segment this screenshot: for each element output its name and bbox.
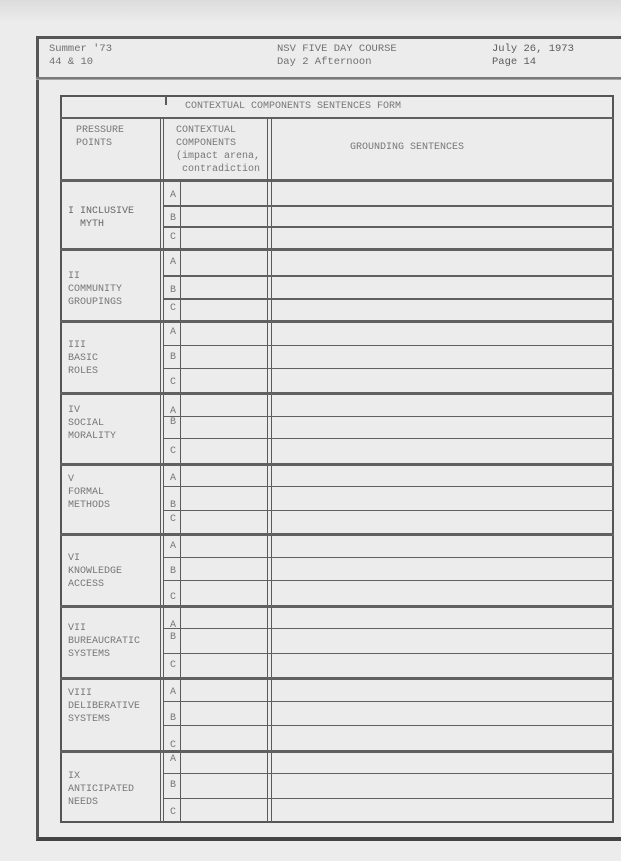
section-3-row-b-divider xyxy=(164,368,614,369)
section-9-sub-c: C xyxy=(166,807,180,818)
section-5-row-b-divider xyxy=(164,510,614,511)
section-6-row-b-divider xyxy=(164,580,614,581)
section-1-sub-b: B xyxy=(166,213,180,224)
section-3-sub-c: C xyxy=(166,377,180,388)
section-5-row-a-divider xyxy=(164,486,614,487)
header-divider xyxy=(36,77,621,80)
section-6-row-a-divider xyxy=(164,557,614,558)
section-1-divider xyxy=(60,248,614,251)
section-1-sub-c: C xyxy=(166,232,180,243)
pressure-column-divider-b xyxy=(163,117,164,823)
section-3-sub-b: B xyxy=(166,352,180,363)
section-1-row-b-divider xyxy=(164,226,614,228)
section-9-sub-a: A xyxy=(166,754,180,765)
section-9-sub-b: B xyxy=(166,780,180,791)
section-1-a-grounding-cell[interactable] xyxy=(272,182,612,205)
header-session-code: 44 & 10 xyxy=(49,56,93,69)
section-9-row-b-divider xyxy=(164,798,614,799)
pressure-point-3-label: III BASIC ROLES xyxy=(68,339,98,378)
section-4-row-a-divider xyxy=(164,416,614,417)
section-3-divider xyxy=(60,392,614,395)
header-course-title: NSV FIVE DAY COURSE xyxy=(277,43,397,56)
section-6-divider xyxy=(60,605,614,608)
section-4-divider xyxy=(60,463,614,466)
pressure-point-9-label: IX ANTICIPATED NEEDS xyxy=(68,770,134,809)
pressure-column-divider-a xyxy=(160,117,161,823)
header-course-day: Day 2 Afternoon xyxy=(277,56,372,69)
section-2-divider xyxy=(60,320,614,323)
header-session: Summer '73 xyxy=(49,43,112,56)
section-7-sub-b: B xyxy=(166,632,180,643)
pressure-point-4-label: IV SOCIAL MORALITY xyxy=(68,404,116,443)
section-7-sub-c: C xyxy=(166,660,180,671)
section-8-row-b-divider xyxy=(164,725,614,726)
section-1-sub-a: A xyxy=(166,190,180,201)
section-5-sub-b: B xyxy=(166,500,180,511)
section-9-row-a-divider xyxy=(164,773,614,774)
section-2-row-a-divider xyxy=(164,275,614,277)
section-1-row-a-divider xyxy=(164,205,614,207)
section-4-sub-c: C xyxy=(166,446,180,457)
section-6-sub-b: B xyxy=(166,566,180,577)
section-8-divider xyxy=(60,750,614,753)
section-7-row-b-divider xyxy=(164,653,614,654)
section-8-row-a-divider xyxy=(164,701,614,702)
section-4-sub-a: A xyxy=(166,406,180,417)
section-5-sub-a: A xyxy=(166,473,180,484)
section-2-row-b-divider xyxy=(164,298,614,300)
section-3-sub-a: A xyxy=(166,327,180,338)
pressure-point-7-label: VII BUREAUCRATIC SYSTEMS xyxy=(68,622,140,661)
section-2-sub-b: B xyxy=(166,285,180,296)
pressure-point-5-label: V FORMAL METHODS xyxy=(68,473,110,512)
column-header-contextual-components: CONTEXTUAL COMPONENTS (impact arena, con… xyxy=(176,124,260,176)
section-5-sub-c: C xyxy=(166,514,180,525)
section-2-sub-c: C xyxy=(166,303,180,314)
pressure-point-6-label: VI KNOWLEDGE ACCESS xyxy=(68,552,122,591)
pressure-point-1-label: I INCLUSIVE MYTH xyxy=(68,205,134,231)
section-4-sub-b: B xyxy=(166,417,180,428)
section-7-divider xyxy=(60,677,614,680)
section-8-sub-c: C xyxy=(166,740,180,751)
column-header-pressure-points: PRESSURE POINTS xyxy=(76,124,124,150)
section-8-sub-a: A xyxy=(166,687,180,698)
column-header-grounding-sentences: GROUNDING SENTENCES xyxy=(350,141,464,154)
header-date: July 26, 1973 xyxy=(492,43,574,56)
section-5-divider xyxy=(60,533,614,536)
title-row-divider xyxy=(60,117,614,119)
contextual-column-divider-a xyxy=(267,117,268,823)
pressure-point-8-label: VIII DELIBERATIVE SYSTEMS xyxy=(68,687,140,726)
section-3-row-a-divider xyxy=(164,345,614,346)
section-6-sub-c: C xyxy=(166,592,180,603)
section-4-row-b-divider xyxy=(164,438,614,439)
title-tick-mark xyxy=(165,95,167,105)
pressure-point-2-label: II COMMUNITY GROUPINGS xyxy=(68,270,122,309)
section-7-sub-a: A xyxy=(166,620,180,631)
page-top-shadow xyxy=(0,0,621,22)
section-2-sub-a: A xyxy=(166,257,180,268)
letter-column-divider xyxy=(180,182,181,823)
section-7-row-a-divider xyxy=(164,628,614,629)
contextual-column-divider-b xyxy=(271,117,272,823)
header-page-number: Page 14 xyxy=(492,56,536,69)
form-title: CONTEXTUAL COMPONENTS SENTENCES FORM xyxy=(185,100,401,113)
section-6-sub-a: A xyxy=(166,541,180,552)
section-8-sub-b: B xyxy=(166,713,180,724)
